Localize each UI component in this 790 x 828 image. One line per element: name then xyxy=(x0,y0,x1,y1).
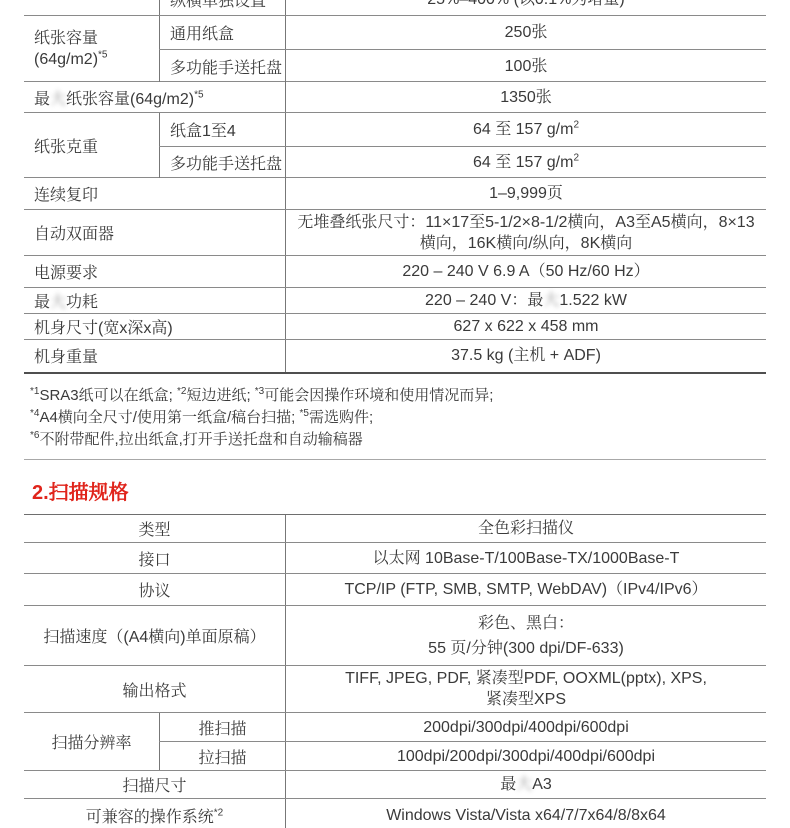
sub-row: 多功能手送托盘 64 至 157 g/m2 xyxy=(159,146,766,178)
row-value: 200dpi/300dpi/400dpi/600dpi xyxy=(285,713,766,741)
row-value: 100dpi/200dpi/300dpi/400dpi/600dpi xyxy=(285,742,766,770)
censored-char: 大 xyxy=(50,86,66,109)
row-sublabel: 拉扫描 xyxy=(159,742,285,770)
censored-char: 大 xyxy=(50,289,66,312)
row-label: 协议 xyxy=(24,574,285,605)
row-value: 以太网 10Base-T/100Base-TX/1000Base-T xyxy=(285,543,766,573)
row-value: 37.5 kg (主机 + ADF) xyxy=(285,340,766,372)
row-label: 机身尺寸(宽x深x高) xyxy=(24,314,285,339)
table-row-output-format: 输出格式 TIFF, JPEG, PDF, 紧凑型PDF, OOXML(pptx… xyxy=(24,666,766,713)
row-value: 无堆叠纸张尺寸：11×17至5-1/2×8-1/2横向，A3至A5横向，8×13… xyxy=(285,210,766,255)
row-label: 接口 xyxy=(24,543,285,573)
sub-row: 纸盒1至4 64 至 157 g/m2 xyxy=(159,113,766,146)
row-value: 627 x 622 x 458 mm xyxy=(285,314,766,339)
table-row-dimensions: 机身尺寸(宽x深x高) 627 x 622 x 458 mm xyxy=(24,314,766,340)
row-value: 25%–400% (以0.1%为增量) xyxy=(285,0,766,15)
row-value: 最大A3 xyxy=(285,771,766,798)
table-row-type: 类型 全色彩扫描仪 xyxy=(24,515,766,543)
table-row-scan-size: 扫描尺寸 最大A3 xyxy=(24,771,766,799)
row-value: TIFF, JPEG, PDF, 紧凑型PDF, OOXML(pptx), XP… xyxy=(285,666,766,712)
table-row-continuous-copy: 连续复印 1–9,999页 xyxy=(24,178,766,210)
table-row-compatible-os: 可兼容的操作系统*2 Windows Vista/Vista x64/7/7x6… xyxy=(24,799,766,828)
table-row-max-power: 最大功耗 220 – 240 V：最大1.522 kW xyxy=(24,288,766,314)
row-label: 扫描分辨率 xyxy=(24,713,159,770)
row-sublabel: 多功能手送托盘 xyxy=(159,50,285,82)
row-label: 扫描速度（(A4横向)单面原稿） xyxy=(24,606,285,665)
spec-table-scan: 类型 全色彩扫描仪 接口 以太网 10Base-T/100Base-TX/100… xyxy=(24,514,766,828)
sub-row: 多功能手送托盘 100张 xyxy=(159,49,766,82)
table-row-auto-duplex: 自动双面器 无堆叠纸张尺寸：11×17至5-1/2×8-1/2横向，A3至A5横… xyxy=(24,210,766,256)
censored-char: 大 xyxy=(543,290,559,311)
row-value: 220 – 240 V：最大1.522 kW xyxy=(285,288,766,313)
footnote-line: *6不附带配件,拉出纸盒,打开手送托盘和自动输稿器 xyxy=(30,429,766,451)
row-label: 最大纸张容量(64g/m2)*5 xyxy=(24,82,285,112)
row-value: 100张 xyxy=(285,50,766,82)
row-value: 1350张 xyxy=(285,82,766,112)
row-label: 输出格式 xyxy=(24,666,285,712)
spec-document: 纵横单独设置 25%–400% (以0.1%为增量) 纸张容量 (64g/m2)… xyxy=(24,0,766,828)
table-row-paper-weight: 纸张克重 纸盒1至4 64 至 157 g/m2 多功能手送托盘 64 至 15… xyxy=(24,113,766,178)
footnotes: *1SRA3纸可以在纸盒; *2短边进纸; *3可能会因操作环境和使用情况而异;… xyxy=(24,374,766,460)
row-value: Windows Vista/Vista x64/7/7x64/8/8x64 xyxy=(285,799,766,828)
row-label: 最大功耗 xyxy=(24,288,285,313)
row-value: TCP/IP (FTP, SMB, SMTP, WebDAV)（IPv4/IPv… xyxy=(285,574,766,605)
sub-row: 通用纸盒 250张 xyxy=(159,16,766,49)
row-label: 连续复印 xyxy=(24,178,285,209)
row-label: 电源要求 xyxy=(24,256,285,287)
censored-char: 大 xyxy=(516,774,532,795)
row-sublabel: 纸盒1至4 xyxy=(159,113,285,146)
spec-table-copy: 纵横单独设置 25%–400% (以0.1%为增量) 纸张容量 (64g/m2)… xyxy=(24,0,766,374)
row-value: 220 – 240 V 6.9 A（50 Hz/60 Hz） xyxy=(285,256,766,287)
row-value: 彩色、黑白： 55 页/分钟(300 dpi/DF-633) xyxy=(285,606,766,665)
row-sublabel: 推扫描 xyxy=(159,713,285,741)
row-value: 250张 xyxy=(285,16,766,49)
table-row-max-paper-capacity: 最大纸张容量(64g/m2)*5 1350张 xyxy=(24,82,766,113)
table-row-interface: 接口 以太网 10Base-T/100Base-TX/1000Base-T xyxy=(24,543,766,574)
table-row-power-requirement: 电源要求 220 – 240 V 6.9 A（50 Hz/60 Hz） xyxy=(24,256,766,288)
footnote-line: *4A4横向全尺寸/使用第一纸盒/稿台扫描; *5需选购件; xyxy=(30,407,766,429)
table-row-paper-capacity: 纸张容量 (64g/m2)*5 通用纸盒 250张 多功能手送托盘 100张 xyxy=(24,16,766,82)
table-row-scan-speed: 扫描速度（(A4横向)单面原稿） 彩色、黑白： 55 页/分钟(300 dpi/… xyxy=(24,606,766,666)
row-value: 64 至 157 g/m2 xyxy=(285,147,766,178)
table-row-scan-resolution: 扫描分辨率 推扫描 200dpi/300dpi/400dpi/600dpi 拉扫… xyxy=(24,713,766,771)
table-row-protocol: 协议 TCP/IP (FTP, SMB, SMTP, WebDAV)（IPv4/… xyxy=(24,574,766,606)
row-sublabel: 多功能手送托盘 xyxy=(159,147,285,178)
table-row-zoom-setting: 纵横单独设置 25%–400% (以0.1%为增量) xyxy=(24,0,766,16)
footnote-line: *1SRA3纸可以在纸盒; *2短边进纸; *3可能会因操作环境和使用情况而异; xyxy=(30,385,766,407)
row-label: 纸张容量 (64g/m2)*5 xyxy=(24,16,159,81)
row-label: 扫描尺寸 xyxy=(24,771,285,798)
row-sublabel: 通用纸盒 xyxy=(159,16,285,49)
row-label: 纸张克重 xyxy=(24,113,159,177)
row-sublabel: 纵横单独设置 xyxy=(159,0,285,15)
row-label: 类型 xyxy=(24,515,285,542)
row-label: 自动双面器 xyxy=(24,210,285,255)
row-label: 机身重量 xyxy=(24,340,285,372)
table-row-weight: 机身重量 37.5 kg (主机 + ADF) xyxy=(24,340,766,374)
row-value: 64 至 157 g/m2 xyxy=(285,113,766,146)
row-label: 可兼容的操作系统*2 xyxy=(24,799,285,828)
row-label-empty xyxy=(24,0,159,15)
row-value: 1–9,999页 xyxy=(285,178,766,209)
sub-row: 推扫描 200dpi/300dpi/400dpi/600dpi xyxy=(159,713,766,741)
sub-row: 拉扫描 100dpi/200dpi/300dpi/400dpi/600dpi xyxy=(159,741,766,770)
row-value: 全色彩扫描仪 xyxy=(285,515,766,542)
section-heading: 2.扫描规格 xyxy=(32,476,766,505)
